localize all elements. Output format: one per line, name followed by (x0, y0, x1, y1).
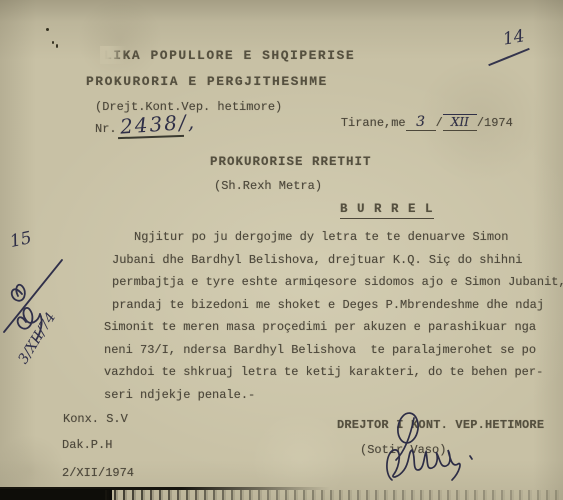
recipient-city: B U R R E L (340, 202, 434, 219)
date-month-underline: XII (443, 114, 477, 131)
ink-dot (52, 41, 54, 44)
corner-number-underline (488, 48, 530, 66)
signature-scribble (370, 408, 510, 498)
scanned-document-page: 14 LIKA POPULLORE E SHQIPERISE PROKURORI… (0, 0, 563, 500)
body-line: Jubani dhe Bardhyl Belishova, drejtuar K… (112, 249, 563, 272)
letterhead-line2: PROKURORIA E PERGJITHESHME (86, 74, 328, 89)
page-corner-number: 14 (502, 26, 527, 49)
scan-edge-black-block (0, 489, 112, 500)
ink-dot (46, 28, 49, 31)
footer-konx: Konx. S.V (63, 412, 128, 426)
date-day-handwritten: 3 (416, 114, 425, 130)
body-line: seri ndjekje penale.- (104, 384, 563, 407)
signature-dot (470, 456, 472, 459)
recipient-person: (Sh.Rexh Metra) (214, 179, 322, 193)
date-row: Tirane,me3/XII/1974 (312, 100, 513, 145)
margin-number: 15 (8, 228, 33, 252)
footer-date: 2/XII/1974 (62, 466, 134, 480)
doc-number-handwritten: 2438/, (119, 109, 196, 138)
body-paragraph: Ngjitur po ju dergojme dy letra te te de… (112, 226, 563, 406)
date-place-label: Tirane,me (341, 116, 406, 130)
body-line: Simonit te meren masa proçedimi per akuz… (104, 316, 563, 339)
doc-number-label: Nr. (95, 122, 117, 136)
date-separator: / (436, 116, 443, 130)
recipient-office: PROKURORISE RRETHIT (210, 155, 372, 169)
date-month-handwritten: XII (451, 115, 469, 129)
body-line: vazhdoi te shkruaj letra te ketij karakt… (104, 361, 563, 384)
date-year: /1974 (477, 116, 513, 130)
scan-edge-streaks (105, 490, 563, 500)
body-line: Ngjitur po ju dergojme dy letra te te de… (134, 226, 563, 249)
body-line: permbajtja e tyre eshte armiqesore sidom… (112, 271, 563, 294)
ink-dot (56, 44, 58, 48)
letterhead-line1: LIKA POPULLORE E SHQIPERISE (104, 48, 355, 63)
footer-dak: Dak.P.H (62, 438, 112, 452)
body-line: neni 73/I, ndersa Bardhyl Belishova te p… (104, 339, 563, 362)
date-day-underline: 3 (406, 114, 436, 131)
body-line: prandaj te bizedoni me shoket e Deges P.… (112, 294, 563, 317)
signature-main-scribble (387, 450, 460, 480)
scribble-loop-1 (12, 285, 25, 301)
margin-signature-scribble: 3/XII/74 (0, 252, 90, 382)
